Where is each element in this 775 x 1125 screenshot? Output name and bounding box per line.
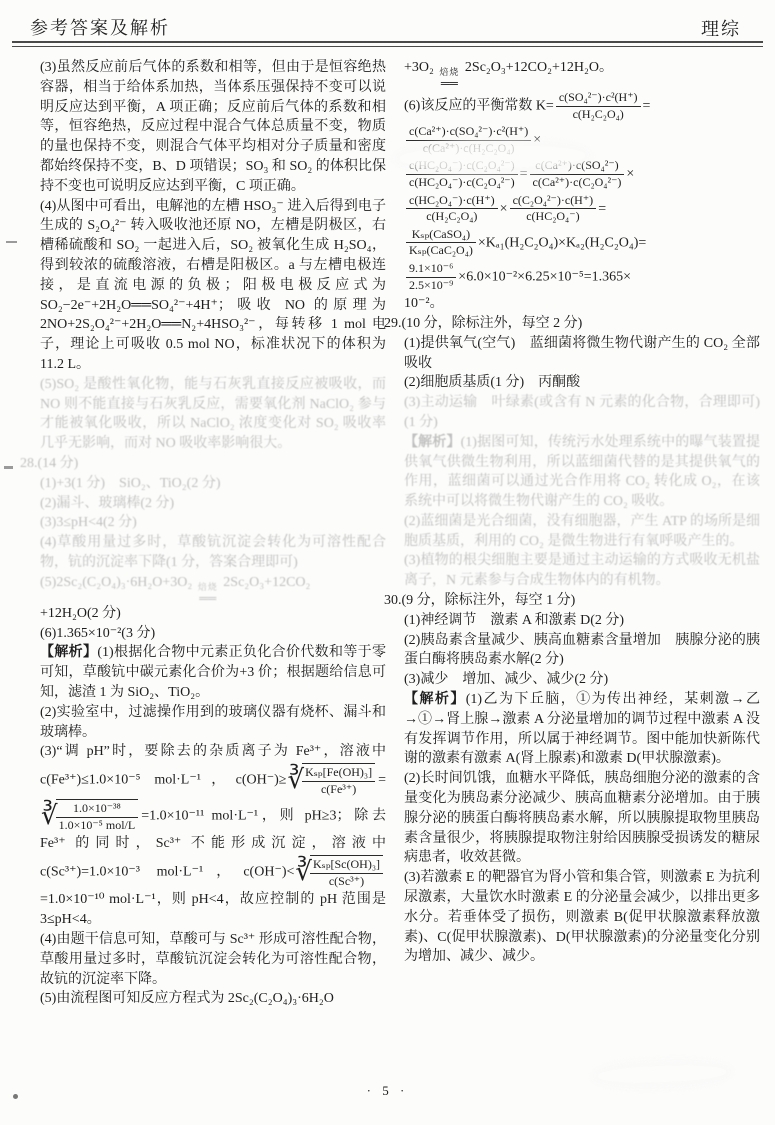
formula-fraction: c(SO₄²⁻)·c²(H⁺)c(H₂C₂O₄): [556, 90, 641, 122]
formula-fraction: c(HC₂O₄⁻)·c(H⁺)c(H₂C₂O₄): [406, 193, 498, 225]
text-paragraph: (3)若激素 E 的靶器官为肾小管和集合管，则激素 E 为抗利尿激素，大量饮水时…: [404, 868, 760, 967]
text-paragraph: 【解析】(1)根据化合物中元素正负化合价代数和等于零可知，草酸钪中碳元素化合价为…: [40, 643, 386, 702]
formula-fraction: c(Ca²⁺)·c(SO₄²⁻)c(Ca²⁺)·c(C₂O₄²⁻): [530, 158, 625, 190]
formula-fraction: Kₛₚ[Fe(OH)₃]c(Fe³⁺): [302, 763, 375, 797]
scan-artifact: [4, 466, 13, 469]
document-page: 参考答案及解析 理综 (3)虽然反应前后气体的系数和相等，但由于是恒容绝热容器，…: [0, 0, 775, 1125]
formula-fraction: c(HC₂O₄⁻)·c(C₂O₄²⁻)c(HC₂O₄⁻)·c(C₂O₄²⁻): [406, 158, 518, 190]
text-paragraph: Kₛₚ(CaSO₄)Kₛₚ(CaC₂O₄)×Kₐ₁(H₂C₂O₄)×Kₐ₂(H₂…: [404, 226, 760, 260]
text-paragraph: (3)“调 pH”时，要除去的杂质离子为 Fe³⁺，溶液中 c(Fe³⁺)≤1.…: [40, 742, 386, 930]
text-paragraph: (3)主动运输 叶绿素(或含有 N 元素的化合物，合理即可)(1 分): [404, 393, 760, 433]
text-paragraph: +3O₂ 焙烧══ 2Sc₂O₃+12CO₂+12H₂O。: [404, 58, 760, 89]
formula-fraction: c(C₂O₄²⁻)·c(H⁺)c(HC₂O₄⁻): [510, 193, 597, 225]
subject-label: 理综: [701, 15, 741, 41]
analysis-label: 【解析】: [404, 692, 466, 707]
scan-artifact: [6, 241, 17, 243]
text-paragraph: (3)减少 增加、减少、减少(2 分): [404, 670, 760, 690]
text-paragraph: +12H₂O(2 分): [40, 604, 386, 624]
text-paragraph: (1)+3(1 分) SiO₂、TiO₂(2 分): [40, 474, 386, 494]
text-paragraph: (6)该反应的平衡常数 K=c(SO₄²⁻)·c²(H⁺)c(H₂C₂O₄)=: [404, 89, 760, 123]
reaction-condition-label: 焙烧══: [198, 583, 218, 604]
left-column: (3)虽然反应前后气体的系数和相等，但由于是恒容绝热容器，相当于给体系加热，当体…: [40, 58, 386, 1009]
right-column: +3O₂ 焙烧══ 2Sc₂O₃+12CO₂+12H₂O。(6)该反应的平衡常数…: [404, 58, 760, 967]
page-title: 参考答案及解析: [30, 14, 170, 40]
analysis-label: 【解析】: [404, 435, 461, 450]
cube-root-formula: ∛Kₛₚ[Sc(OH)₃]c(Sc³⁺): [295, 854, 385, 890]
text-paragraph: (2)长时间饥饿，血糖水平降低，胰岛细胞分泌的激素的含量变化为胰岛素分泌减少、胰…: [404, 769, 760, 868]
formula-fraction: 9.1×10⁻⁶2.5×10⁻⁹: [406, 261, 456, 293]
text-paragraph: (5)SO₂ 是酸性氧化物，能与石灰乳直接反应被吸收，而 NO 则不能直接与石灰…: [40, 375, 386, 454]
formula-fraction: c(Ca²⁺)·c(SO₄²⁻)·c²(H⁺)c(Ca²⁺)·c(H₂C₂O₄): [406, 124, 531, 156]
text-paragraph: (2)细胞质基质(1 分) 丙酮酸: [404, 373, 760, 393]
text-paragraph: (6)1.365×10⁻²(3 分): [40, 624, 386, 644]
text-paragraph: c(HC₂O₄⁻)·c(C₂O₄²⁻)c(HC₂O₄⁻)·c(C₂O₄²⁻)=c…: [404, 157, 760, 191]
text-paragraph: (1)神经调节 激素 A 和激素 D(2 分): [404, 611, 760, 631]
page-number: · 5 ·: [0, 1083, 775, 1099]
text-paragraph: (2)漏斗、玻璃棒(2 分): [40, 494, 386, 514]
text-paragraph: 30.(9 分，除标注外，每空 1 分): [384, 591, 760, 611]
text-paragraph: (4)从图中可看出，电解池的左槽 HSO₃⁻ 进入后得到电子生成的 S₂O₄²⁻…: [40, 197, 386, 375]
cube-root-formula: ∛1.0×10⁻³⁸1.0×10⁻⁵ mol/L: [41, 798, 140, 834]
scan-smudge: [598, 1064, 726, 1084]
text-paragraph: (3)植物的根尖细胞主要是通过主动运输的方式吸收无机盐离子，N 元素参与合成生物…: [404, 551, 760, 591]
text-paragraph: (2)实验室中，过滤操作用到的玻璃仪器有烧杯、漏斗和玻璃棒。: [40, 703, 386, 743]
text-paragraph: (2)蓝细菌是光合细菌，没有细胞器，产生 ATP 的场所是细胞质基质，利用的 C…: [404, 512, 760, 552]
analysis-label: 【解析】: [40, 645, 97, 660]
text-paragraph: 10⁻²。: [404, 294, 760, 314]
text-paragraph: 【解析】(1)据图可知，传统污水处理系统中的曝气装置提供氧气供微生物利用，所以蓝…: [404, 433, 760, 512]
cube-root-formula: ∛Kₛₚ[Fe(OH)₃]c(Fe³⁺): [288, 762, 378, 798]
text-paragraph: (4)由题干信息可知，草酸可与 Sc³⁺ 形成可溶性配合物，草酸用量过多时，草酸…: [40, 930, 386, 989]
text-paragraph: 【解析】(1)乙为下丘脑，①为传出神经，某刺激→乙→①→肾上腺→激素 A 分泌量…: [404, 690, 760, 769]
text-paragraph: c(Ca²⁺)·c(SO₄²⁻)·c²(H⁺)c(Ca²⁺)·c(H₂C₂O₄)…: [404, 123, 760, 157]
text-paragraph: (4)草酸用量过多时，草酸钪沉淀会转化为可溶性配合物，钪的沉淀率下降(1 分，答…: [40, 533, 386, 573]
text-paragraph: 29.(10 分，除标注外，每空 2 分): [384, 314, 760, 334]
reaction-condition-label: 焙烧══: [439, 68, 459, 89]
header-divider: [12, 41, 763, 47]
formula-fraction: Kₛₚ[Sc(OH)₃]c(Sc³⁺): [310, 855, 383, 889]
formula-fraction: 1.0×10⁻³⁸1.0×10⁻⁵ mol/L: [56, 799, 139, 833]
text-paragraph: (1)提供氧气(空气) 蓝细菌将微生物代谢产生的 CO₂ 全部吸收: [404, 334, 760, 374]
text-paragraph: (2)胰岛素含量减少、胰高血糖素含量增加 胰腺分泌的胰蛋白酶将胰岛素水解(2 分…: [404, 631, 760, 671]
text-paragraph: (3)3≤pH<4(2 分): [40, 513, 386, 533]
text-paragraph: (3)虽然反应前后气体的系数和相等，但由于是恒容绝热容器，相当于给体系加热，当体…: [40, 58, 386, 197]
text-paragraph: 9.1×10⁻⁶2.5×10⁻⁹×6.0×10⁻²×6.25×10⁻⁵=1.36…: [404, 260, 760, 294]
text-paragraph: 28.(14 分): [20, 454, 386, 474]
text-paragraph: c(HC₂O₄⁻)·c(H⁺)c(H₂C₂O₄)×c(C₂O₄²⁻)·c(H⁺)…: [404, 192, 760, 226]
formula-fraction: Kₛₚ(CaSO₄)Kₛₚ(CaC₂O₄): [406, 227, 476, 259]
text-paragraph: (5)由流程图可知反应方程式为 2Sc₂(C₂O₄)₃·6H₂O: [40, 989, 386, 1009]
text-paragraph: (5)2Sc₂(C₂O₄)₃·6H₂O+3O₂ 焙烧══ 2Sc₂O₃+12CO…: [40, 573, 386, 604]
